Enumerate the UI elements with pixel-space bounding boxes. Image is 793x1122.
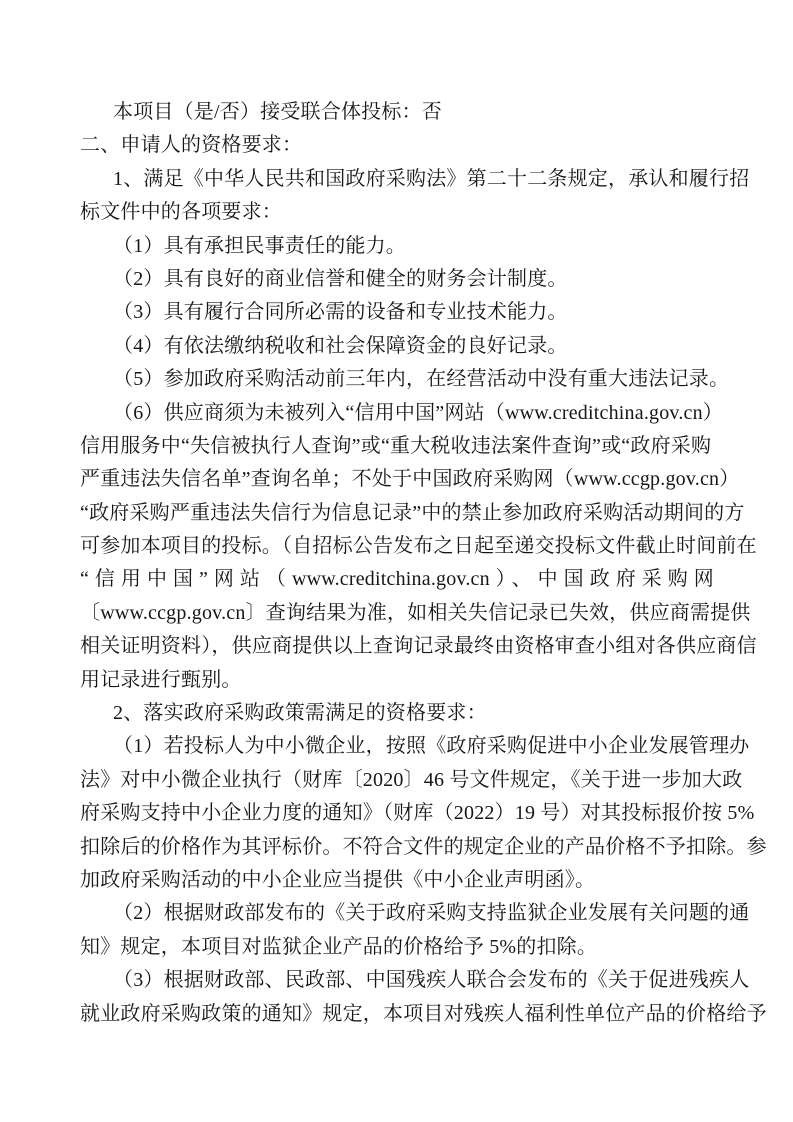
text-line: 2、落实政府采购政策需满足的资格要求： [80,697,714,730]
text-line: （5）参加政府采购活动前三年内，在经营活动中没有重大违法记录。 [80,363,714,396]
text-line: “政府采购严重违法失信行为信息记录”中的禁止参加政府采购活动期间的方 [80,497,714,530]
text-line: “信用中国”网站（www.creditchina.gov.cn）、中国政府采购网 [80,563,714,596]
text-line: 标文件中的各项要求： [80,196,714,229]
text-line: 法》对中小微企业执行（财库〔2020〕46 号文件规定，《关于进一步加大政 [80,764,714,797]
text-line: （6）供应商须为未被列入“信用中国”网站（www.creditchina.gov… [80,397,714,430]
text-line: （3）具有履行合同所必需的设备和专业技术能力。 [80,296,714,329]
text-line: 加政府采购活动的中小企业应当提供《中小企业声明函》。 [80,864,714,897]
text-line: （1）具有承担民事责任的能力。 [80,230,714,263]
text-line: （1）若投标人为中小微企业，按照《政府采购促进中小企业发展管理办 [80,730,714,763]
text-line: 可参加本项目的投标。（自招标公告发布之日起至递交投标文件截止时间前在 [80,530,714,563]
text-line: 严重违法失信名单”查询名单；不处于中国政府采购网（www.ccgp.gov.cn… [80,463,714,496]
text-line: 扣除后的价格作为其评标价。不符合文件的规定企业的产品价格不予扣除。参 [80,831,714,864]
text-line: 府采购支持中小企业力度的通知》（财库（2022）19 号）对其投标报价按 5% [80,797,714,830]
text-line: 用记录进行甄别。 [80,664,714,697]
text-line: 知》规定，本项目对监狱企业产品的价格给予 5%的扣除。 [80,931,714,964]
text-line: （3）根据财政部、民政部、中国残疾人联合会发布的《关于促进残疾人 [80,964,714,997]
document-page: 本项目（是/否）接受联合体投标：否二、申请人的资格要求：1、满足《中华人民共和国… [0,0,793,1122]
text-line: 二、申请人的资格要求： [80,129,714,162]
text-line: 信用服务中“失信被执行人查询”或“重大税收违法案件查询”或“政府采购 [80,430,714,463]
text-line: 〔www.ccgp.gov.cn〕查询结果为准，如相关失信记录已失效，供应商需提… [80,597,714,630]
document-text: 本项目（是/否）接受联合体投标：否二、申请人的资格要求：1、满足《中华人民共和国… [80,96,714,1031]
text-line: 就业政府采购政策的通知》规定，本项目对残疾人福利性单位产品的价格给予 [80,998,714,1031]
text-line: 本项目（是/否）接受联合体投标：否 [80,96,714,129]
text-line: 相关证明资料），供应商提供以上查询记录最终由资格审查小组对各供应商信 [80,630,714,663]
text-line: （4）有依法缴纳税收和社会保障资金的良好记录。 [80,330,714,363]
text-line: （2）具有良好的商业信誉和健全的财务会计制度。 [80,263,714,296]
text-line: （2）根据财政部发布的《关于政府采购支持监狱企业发展有关问题的通 [80,897,714,930]
text-line: 1、满足《中华人民共和国政府采购法》第二十二条规定，承认和履行招 [80,163,714,196]
